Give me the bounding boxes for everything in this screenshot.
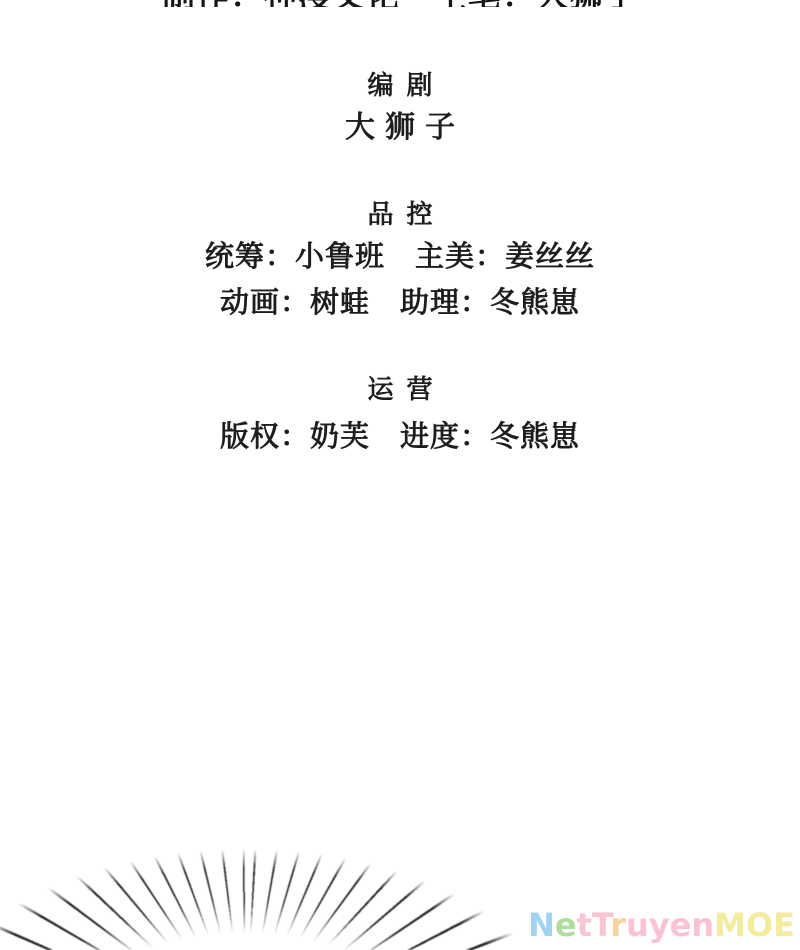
top-cropped-text-line: 制作：神漫文化 主笔：大狮子 bbox=[0, 0, 800, 7]
watermark-letter: E bbox=[773, 906, 795, 944]
watermark-letter: M bbox=[714, 906, 746, 944]
quality-control-row-1: 统筹：小鲁班 主美：姜丝丝 bbox=[0, 234, 800, 275]
watermark-letter: t bbox=[577, 906, 592, 944]
watermark-letter: r bbox=[610, 906, 626, 944]
quality-control-row-2: 动画：树蛙 助理：冬熊崽 bbox=[0, 280, 800, 321]
screenwriter-name: 大狮子 bbox=[0, 102, 800, 146]
section-title-screenwriter: 编剧 bbox=[0, 65, 800, 102]
watermark-letter: O bbox=[746, 906, 773, 944]
watermark-letter: N bbox=[528, 906, 555, 944]
section-title-operations: 运营 bbox=[0, 369, 800, 406]
watermark: NetTruyenMOE bbox=[528, 906, 795, 944]
watermark-letter: e bbox=[670, 906, 692, 944]
top-cropped-text: 制作：神漫文化 主笔：大狮子 bbox=[0, 0, 800, 7]
watermark-letter: y bbox=[649, 906, 670, 944]
watermark-letter: u bbox=[626, 906, 649, 944]
watermark-letter: T bbox=[592, 906, 610, 944]
section-title-quality-control: 品控 bbox=[0, 194, 800, 231]
operations-row-1: 版权：奶芙 进度：冬熊崽 bbox=[0, 414, 800, 455]
watermark-letter: e bbox=[555, 906, 577, 944]
watermark-letter: n bbox=[691, 906, 714, 944]
comic-credits-page: 制作：神漫文化 主笔：大狮子 编剧 大狮子 品控 统筹：小鲁班 主美：姜丝丝 动… bbox=[0, 0, 800, 950]
